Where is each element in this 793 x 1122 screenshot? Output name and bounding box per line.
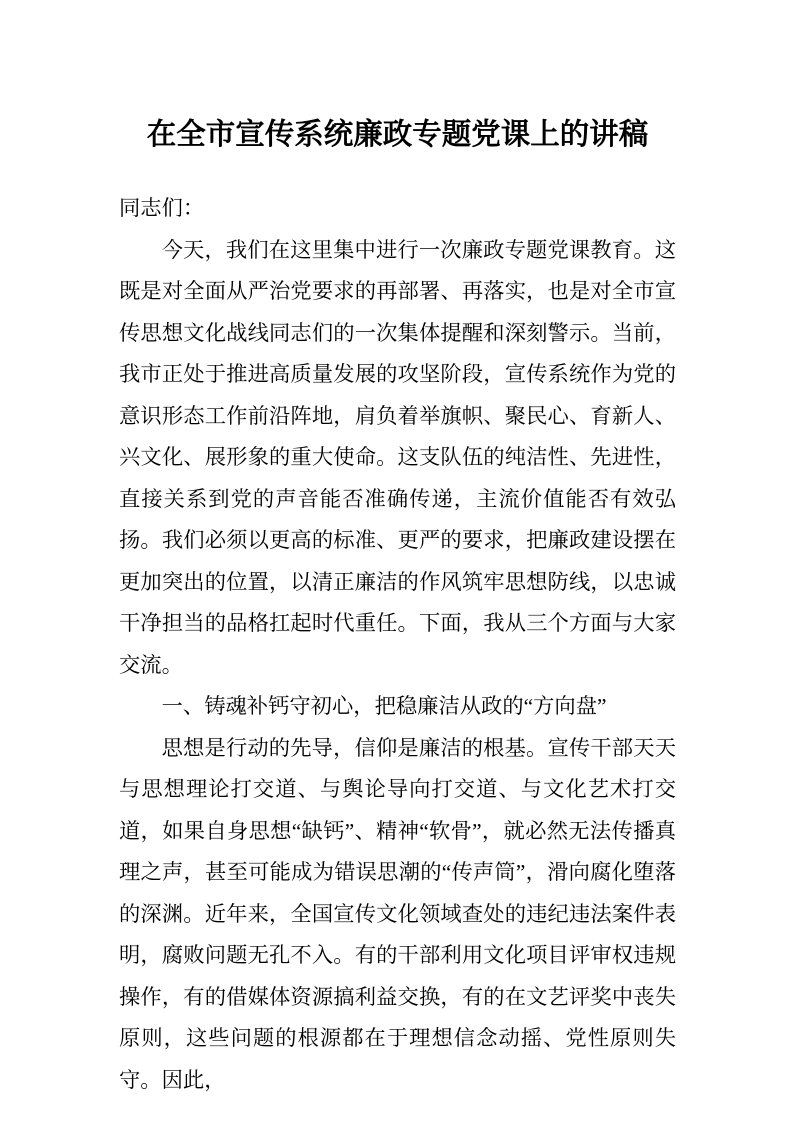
section-heading-1: 一、铸魂补钙守初心，把稳廉洁从政的“方向盘” [119,686,676,728]
document-page: 在全市宣传系统廉政专题党课上的讲稿 同志们： 今天，我们在这里集中进行一次廉政专… [0,0,793,1122]
salutation: 同志们： [119,188,676,230]
document-title: 在全市宣传系统廉政专题党课上的讲稿 [119,110,676,160]
paragraph-section-1-body: 思想是行动的先导，信仰是廉洁的根基。宣传干部天天与思想理论打交道、与舆论导向打交… [119,728,676,1102]
paragraph-intro: 今天，我们在这里集中进行一次廉政专题党课教育。这既是对全面从严治党要求的再部署、… [119,230,676,687]
